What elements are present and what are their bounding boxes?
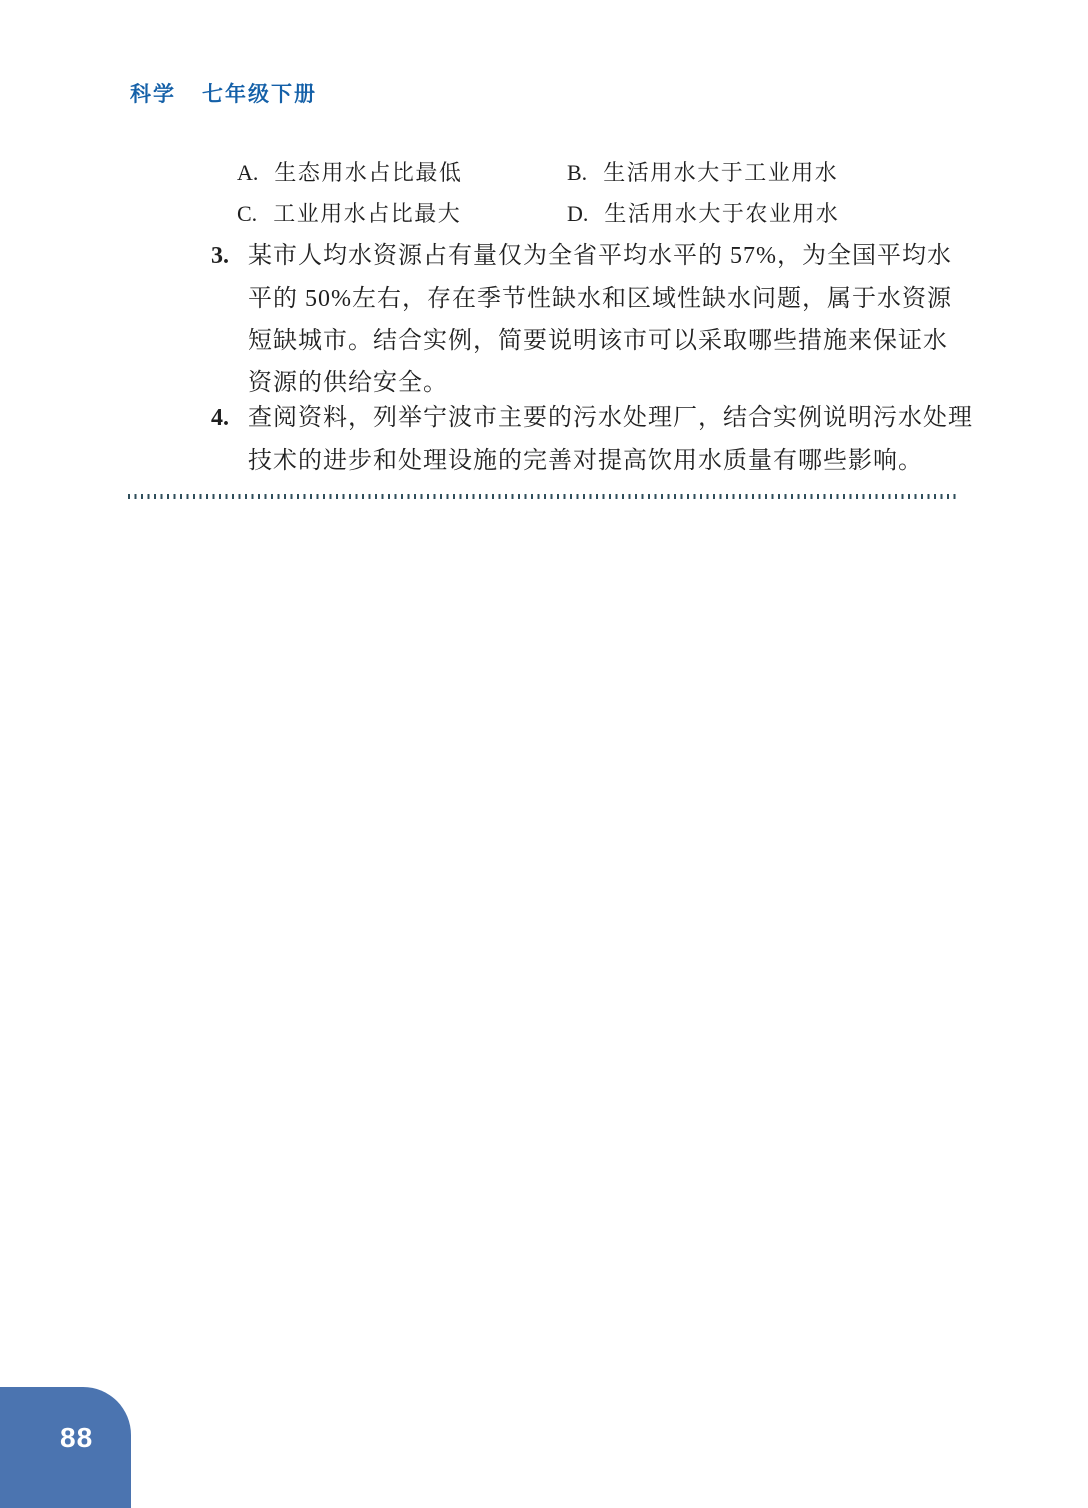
choice-a-label: A. bbox=[237, 160, 258, 185]
question-3: 3. 某市人均水资源占有量仅为全省平均水平的 57%，为全国平均水 平的 50%… bbox=[211, 240, 951, 404]
question-3-line: 平的 50%左右，存在季节性缺水和区域性缺水问题，属于水资源 bbox=[248, 278, 951, 320]
question-3-line: 资源的供给安全。 bbox=[248, 362, 951, 404]
choice-a-text: 生态用水占比最低 bbox=[274, 160, 462, 185]
question-4-line: 技术的进步和处理设施的完善对提高饮用水质量有哪些影响。 bbox=[248, 440, 951, 482]
question-3-number: 3. bbox=[211, 240, 229, 273]
dotted-separator bbox=[128, 494, 959, 499]
choice-d: D.生活用水大于农业用水 bbox=[567, 199, 839, 229]
choice-b: B.生活用水大于工业用水 bbox=[567, 158, 838, 188]
question-3-line: 某市人均水资源占有量仅为全省平均水平的 57%，为全国平均水 bbox=[248, 240, 951, 273]
page-header: 科学七年级下册 bbox=[130, 78, 317, 108]
question-3-text: 某市人均水资源占有量仅为全省平均水平的 57%，为全国平均水 平的 50%左右，… bbox=[248, 240, 951, 404]
question-4-line: 查阅资料，列举宁波市主要的污水处理厂，结合实例说明污水处理 bbox=[248, 402, 951, 435]
choice-c-label: C. bbox=[237, 201, 257, 226]
choice-b-label: B. bbox=[567, 160, 587, 185]
textbook-page: 科学七年级下册 A.生态用水占比最低 B.生活用水大于工业用水 C.工业用水占比… bbox=[0, 0, 1088, 1508]
header-subject: 科学 bbox=[130, 83, 176, 106]
page-number: 88 bbox=[60, 1422, 93, 1454]
choice-c-text: 工业用水占比最大 bbox=[273, 201, 461, 226]
choice-b-text: 生活用水大于工业用水 bbox=[603, 160, 838, 185]
question-4-number: 4. bbox=[211, 402, 229, 435]
choice-d-label: D. bbox=[567, 201, 588, 226]
question-4-text: 查阅资料，列举宁波市主要的污水处理厂，结合实例说明污水处理 技术的进步和处理设施… bbox=[248, 402, 951, 482]
choice-d-text: 生活用水大于农业用水 bbox=[604, 201, 839, 226]
question-3-line: 短缺城市。结合实例，简要说明该市可以采取哪些措施来保证水 bbox=[248, 320, 951, 362]
header-volume: 七年级下册 bbox=[202, 83, 317, 106]
question-4: 4. 查阅资料，列举宁波市主要的污水处理厂，结合实例说明污水处理 技术的进步和处… bbox=[211, 402, 951, 482]
page-number-tab: 88 bbox=[0, 1387, 131, 1508]
choice-c: C.工业用水占比最大 bbox=[237, 199, 461, 229]
choice-a: A.生态用水占比最低 bbox=[237, 158, 462, 188]
